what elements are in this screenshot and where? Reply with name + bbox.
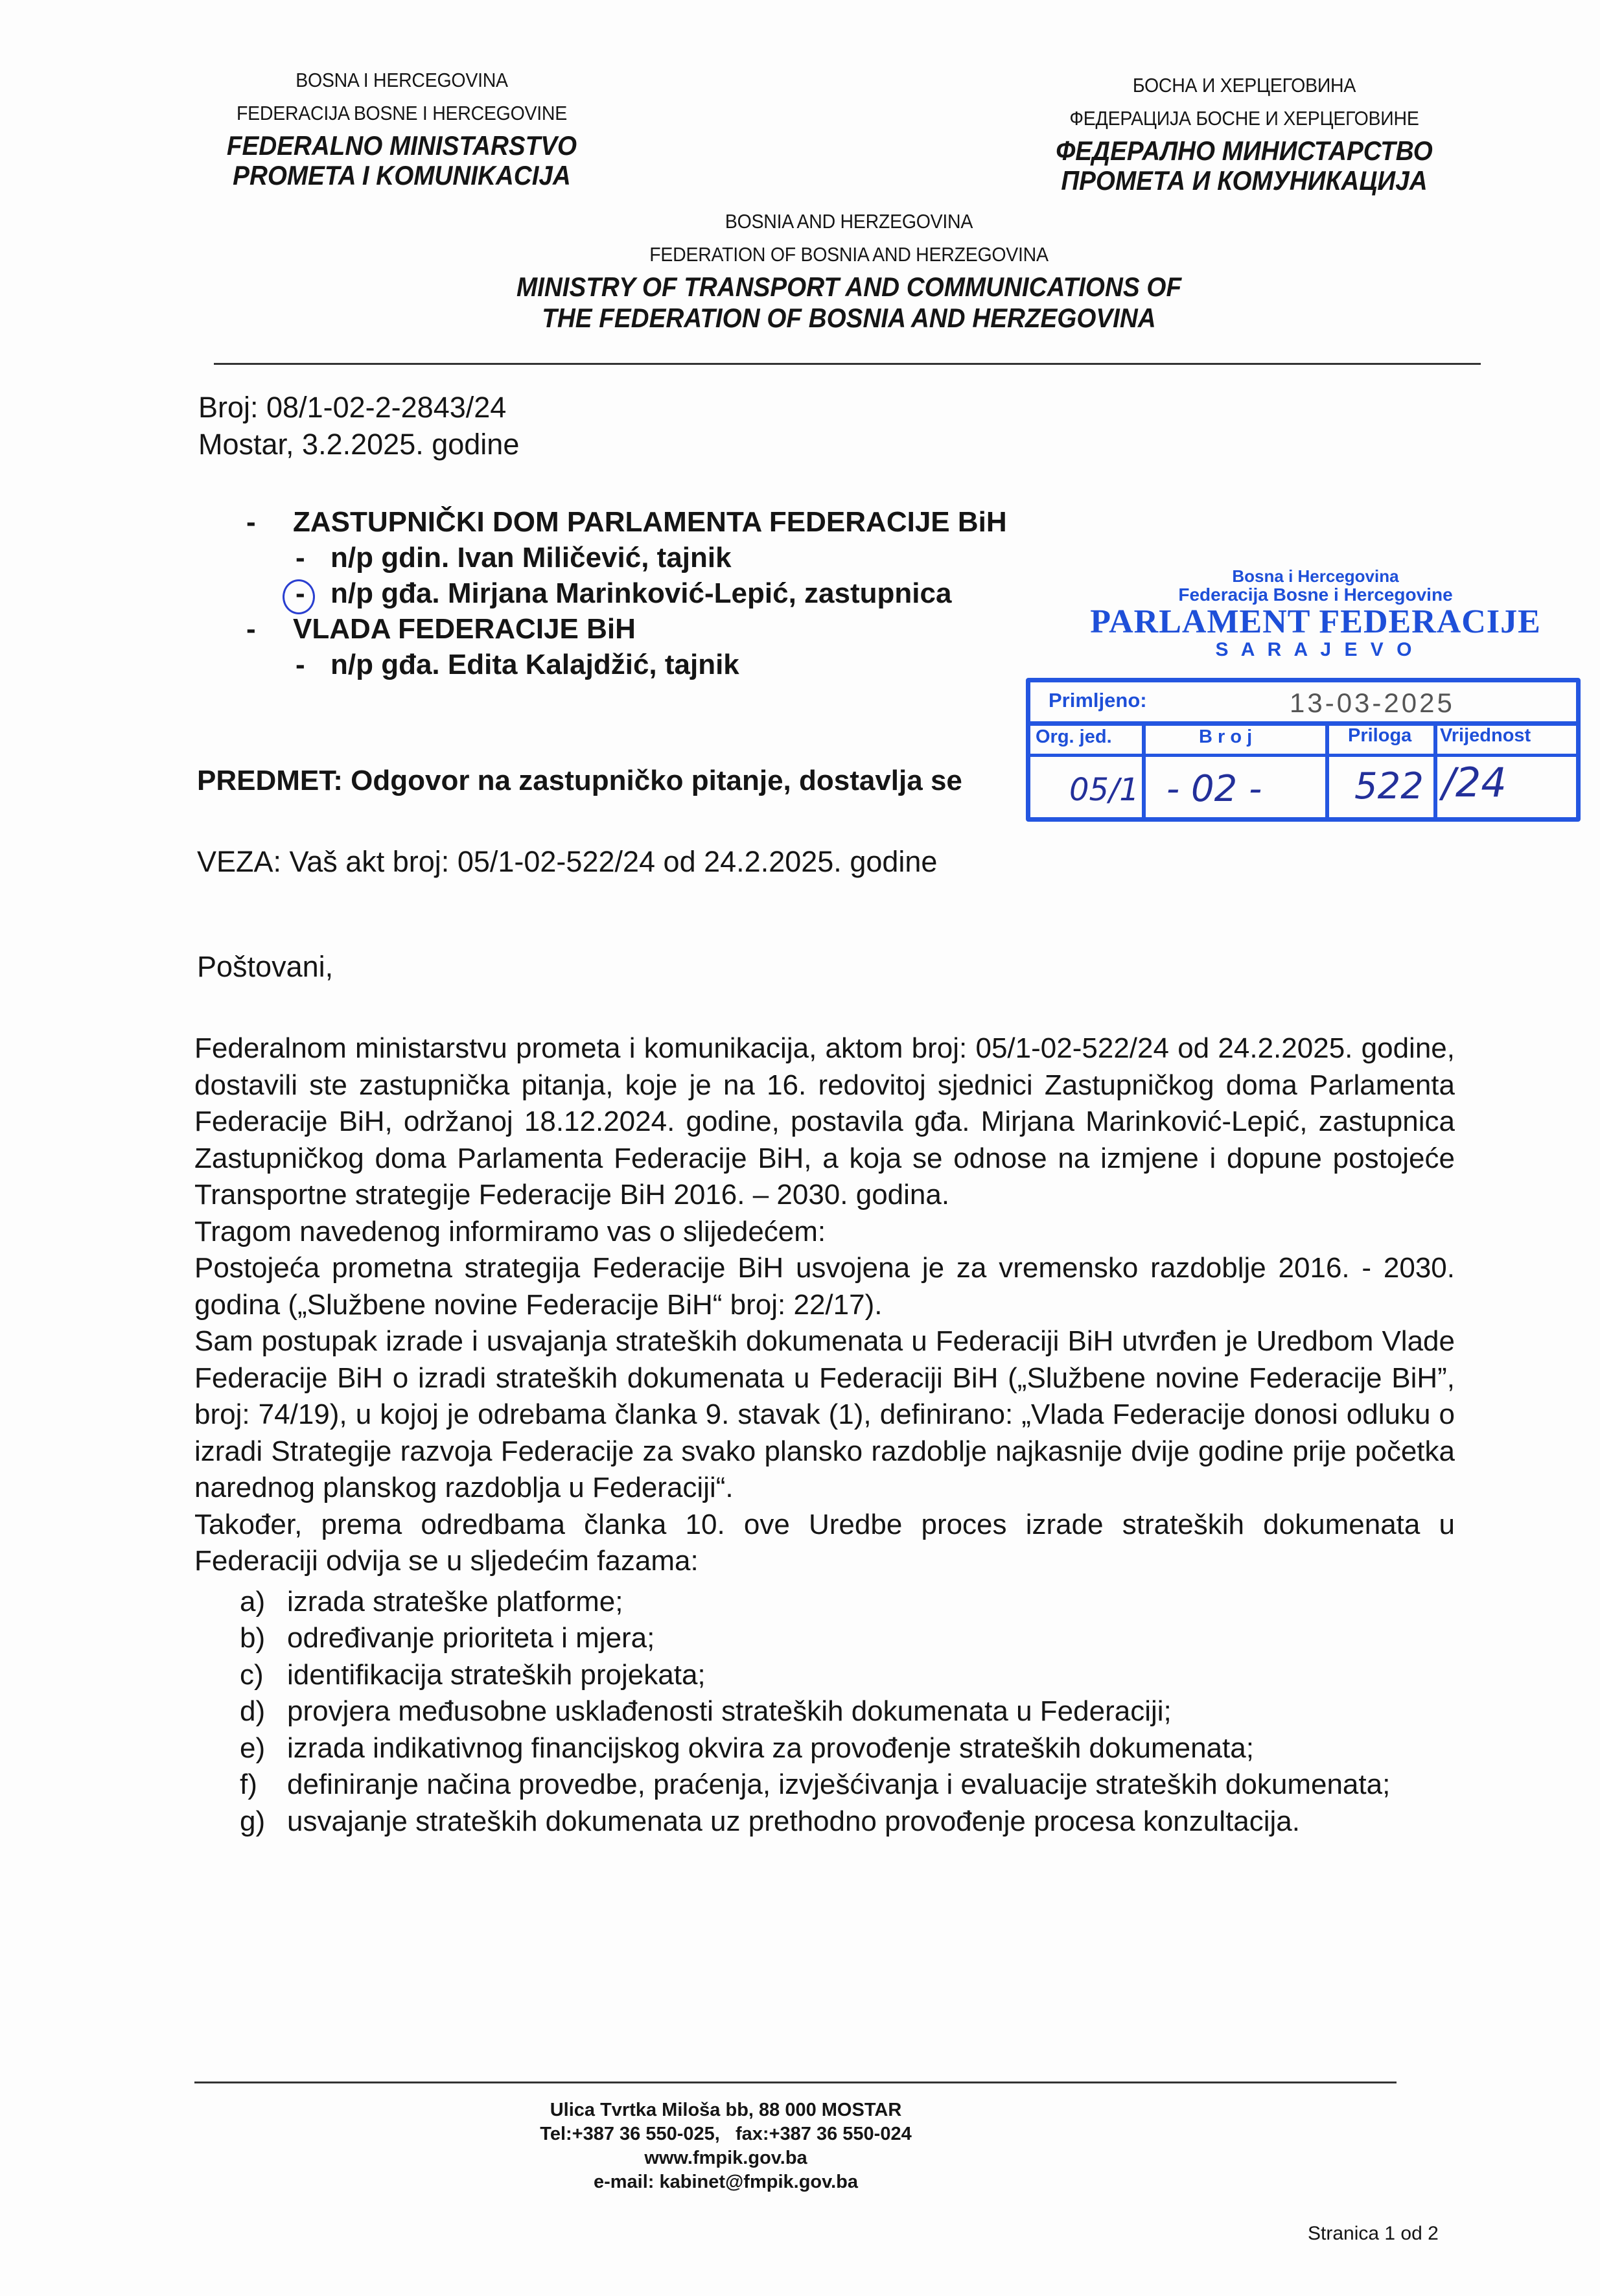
- reference-line: VEZA: Vaš akt broj: 05/1-02-522/24 od 24…: [197, 845, 937, 879]
- stamp-received-label: Primljeno:: [1049, 689, 1147, 712]
- stamp-col-org: Org. jed.: [1036, 726, 1112, 748]
- footer-phone-fax: Tel:+387 36 550-025, fax:+387 36 550-024: [493, 2122, 959, 2146]
- footer-contact: Ulica Tvrtka Miloša bb, 88 000 MOSTAR Te…: [493, 2098, 959, 2194]
- header-left-country: BOSNA I HERCEGOVINA: [199, 70, 605, 90]
- header-left-federation: FEDERACIJA BOSNE I HERCEGOVINE: [199, 103, 605, 123]
- phase-item: f)definiranje načina provedbe, praćenja,…: [240, 1767, 1455, 1803]
- header-center-country: BOSNIA AND HERZEGOVINA: [461, 211, 1236, 231]
- header-center-ministry-2: THE FEDERATION OF BOSNIA AND HERZEGOVINA: [461, 305, 1236, 332]
- body-paragraph-4: Sam postupak izrade i usvajanja stratešk…: [194, 1323, 1455, 1507]
- stamp-col-number: B r o j: [1199, 726, 1252, 748]
- footer-divider: [194, 2081, 1397, 2083]
- recipient-institution: - VLADA FEDERACIJE BiH: [246, 611, 1007, 647]
- phase-item: g)usvajanje strateških dokumenata uz pre…: [240, 1803, 1455, 1840]
- handwritten-org-unit: 05/1: [1069, 772, 1139, 808]
- stamp-country: Bosna i Hercegovina: [1076, 568, 1555, 585]
- header-left-ministry-2: PROMETA I KOMUNIKACIJA: [199, 162, 605, 189]
- stamp-federation: Federacija Bosne i Hercegovine: [1076, 585, 1555, 604]
- recipient-person: - n/p gdin. Ivan Miličević, tajnik: [246, 540, 1007, 575]
- document-meta: Broj: 08/1-02-2-2843/24 Mostar, 3.2.2025…: [198, 389, 519, 463]
- phase-item: e)izrada indikativnog financijskog okvir…: [240, 1730, 1455, 1767]
- recipient-person: - n/p gđa. Edita Kalajdžić, tajnik: [246, 647, 1007, 682]
- document-number: Broj: 08/1-02-2-2843/24: [198, 389, 519, 426]
- recipients-list: - ZASTUPNIČKI DOM PARLAMENTA FEDERACIJE …: [246, 504, 1007, 682]
- stamp-col-attachments: Priloga: [1348, 725, 1411, 747]
- handwritten-number: - 02 -: [1166, 768, 1262, 810]
- recipient-person-circled: - n/p gđa. Mirjana Marinković-Lepić, zas…: [246, 575, 1007, 611]
- header-center-federation: FEDERATION OF BOSNIA AND HERZEGOVINA: [461, 244, 1236, 264]
- header-right-federation: ФЕДЕРАЦИЈА БОСНЕ И ХЕРЦЕГОВИНЕ: [1030, 108, 1459, 128]
- stamp-parliament: PARLAMENT FEDERACIJE: [1076, 605, 1555, 640]
- body-paragraph-2: Tragom navedenog informiramo vas o slije…: [194, 1214, 1455, 1251]
- stamp-col-value: Vrijednost: [1440, 725, 1531, 747]
- phase-item: b)određivanje prioriteta i mjera;: [240, 1620, 1455, 1657]
- page-number: Stranica 1 od 2: [1308, 2223, 1439, 2245]
- footer-website[interactable]: www.fmpik.gov.ba: [493, 2146, 959, 2170]
- phase-item: c)identifikacija strateških projekata;: [240, 1657, 1455, 1694]
- subject-line: PREDMET: Odgovor na zastupničko pitanje,…: [197, 765, 962, 797]
- header-right-country: БОСНА И ХЕРЦЕГОВИНА: [1030, 75, 1459, 95]
- phases-list: a)izrada strateške platforme; b)određiva…: [240, 1584, 1455, 1840]
- header-right-ministry-1: ФЕДЕРАЛНО МИНИСТАРСТВО: [1030, 137, 1459, 165]
- subject-label: PREDMET:: [197, 765, 343, 796]
- parliament-stamp-header: Bosna i Hercegovina Federacija Bosne i H…: [1076, 568, 1555, 660]
- header-divider: [214, 363, 1481, 365]
- letter-body: Federalnom ministarstvu prometa i komuni…: [194, 1030, 1455, 1840]
- document-place-date: Mostar, 3.2.2025. godine: [198, 426, 519, 463]
- header-left-ministry-1: FEDERALNO MINISTARSTVO: [199, 132, 605, 159]
- footer-email[interactable]: e-mail: kabinet@fmpik.gov.ba: [493, 2170, 959, 2194]
- phase-item: a)izrada strateške platforme;: [240, 1584, 1455, 1621]
- body-paragraph-3: Postojeća prometna strategija Federacije…: [194, 1250, 1455, 1323]
- stamp-city: S A R A J E V O: [1076, 640, 1555, 660]
- header-center: BOSNIA AND HERZEGOVINA FEDERATION OF BOS…: [428, 211, 1270, 332]
- footer-address: Ulica Tvrtka Miloša bb, 88 000 MOSTAR: [493, 2098, 959, 2122]
- body-paragraph-5: Također, prema odredbama članka 10. ove …: [194, 1507, 1455, 1580]
- received-stamp: Primljeno: 13-03-2025 Org. jed. B r o j …: [1026, 678, 1581, 822]
- header-right: БОСНА И ХЕРЦЕГОВИНА ФЕДЕРАЦИЈА БОСНЕ И Х…: [1011, 75, 1478, 194]
- header-left: BOSNA I HERCEGOVINA FEDERACIJA BOSNE I H…: [181, 70, 622, 189]
- header-right-ministry-2: ПРОМЕТА И КОМУНИКАЦИЈА: [1030, 167, 1459, 194]
- salutation: Poštovani,: [197, 950, 333, 984]
- phase-item: d)provjera međusobne usklađenosti strate…: [240, 1693, 1455, 1730]
- body-paragraph-1: Federalnom ministarstvu prometa i komuni…: [194, 1030, 1455, 1214]
- stamp-received-date: 13-03-2025: [1290, 688, 1455, 719]
- header-center-ministry-1: MINISTRY OF TRANSPORT AND COMMUNICATIONS…: [461, 273, 1236, 301]
- subject-text: Odgovor na zastupničko pitanje, dostavlj…: [343, 765, 962, 796]
- handwritten-attachments: 522: [1354, 765, 1424, 807]
- handwritten-value: /24: [1442, 759, 1507, 806]
- recipient-institution: - ZASTUPNIČKI DOM PARLAMENTA FEDERACIJE …: [246, 504, 1007, 540]
